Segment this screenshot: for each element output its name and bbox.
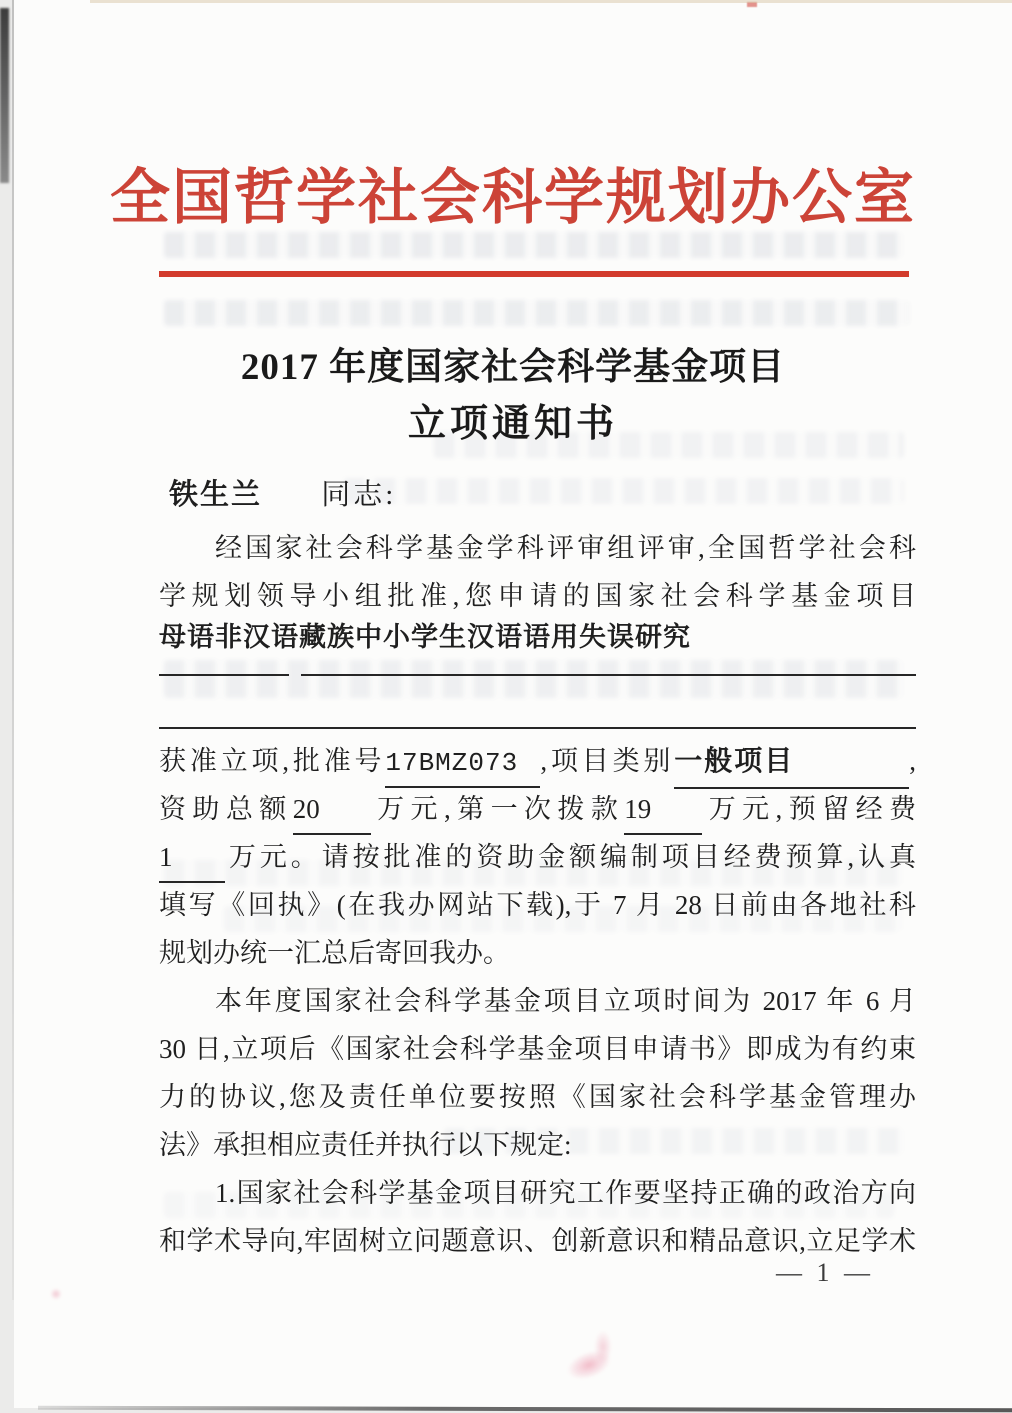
reserved-amount: 1 <box>159 842 173 873</box>
blank-underline-row-2 <box>159 724 916 729</box>
funding-suffix: 万元,预留经费 <box>702 794 916 824</box>
pink-mark-artifact <box>594 1330 612 1364</box>
doc-title-line2: 立项通知书 <box>14 392 1012 447</box>
funding-prefix: 资助总额 <box>159 794 293 824</box>
pink-mark-artifact <box>50 1288 62 1300</box>
underline-segment <box>159 671 289 676</box>
approval-number-blank: 17BMZ073 <box>385 754 540 788</box>
recipient-name: 铁生兰 <box>169 479 262 511</box>
body-line-9: 本年度国家社会科学基金项目立项时间为 2017 年 6 月 <box>159 977 916 1025</box>
approval-prefix: 获准立项,批准号 <box>159 746 385 776</box>
header-rule <box>159 271 909 277</box>
approval-number: 17BMZ073 <box>385 748 518 778</box>
bleedthrough-artifact <box>164 300 909 326</box>
project-category: 一般项目 <box>674 739 794 779</box>
letter-body: 经国家社会科学基金学科评审组评审,全国哲学社会科 学规划领导小组批准,您申请的国… <box>159 524 916 1265</box>
funding-total-blank: 20 <box>293 802 371 835</box>
category-suffix: , <box>909 746 916 776</box>
scanned-page: 全国哲学社会科学规划办公室 2017 年度国家社会科学基金项目 立项通知书 铁生… <box>0 0 1012 1413</box>
org-header: 全国哲学社会科学规划办公室 <box>14 150 1012 236</box>
funding-total: 20 <box>293 794 320 825</box>
intro-line-2: 学规划领导小组批准,您申请的国家社会科学基金项目 <box>159 572 916 620</box>
doc-title-line1: 2017 年度国家社会科学基金项目 <box>14 336 1012 390</box>
body-line-7: 填写《回执》(在我办网站下载),于 7 月 28 日前由各地社科 <box>159 881 916 929</box>
first-payment-blank: 19 <box>624 802 702 835</box>
funding-line: 资助总额20万元,第一次拨款19万元,预留经费 <box>159 785 916 833</box>
funding-mid: 万元,第一次拨款 <box>371 794 625 824</box>
body-line-11: 力的协议,您及责任单位要按照《国家社会科学基金管理办 <box>159 1073 916 1121</box>
reserved-line: 1万元。请按批准的资助金额编制项目经费预算,认真 <box>159 833 916 881</box>
blank-underline-row-1 <box>159 671 916 674</box>
reserved-suffix: 万元。请按批准的资助金额编制项目经费预算,认真 <box>225 842 916 872</box>
paper-top-edge <box>90 0 1012 3</box>
body-line-8: 规划办统一汇总后寄回我办。 <box>159 929 916 977</box>
reserved-amount-blank: 1 <box>159 850 225 883</box>
paper-left-edge <box>12 0 14 1300</box>
paper-sheet: 全国哲学社会科学规划办公室 2017 年度国家社会科学基金项目 立项通知书 铁生… <box>14 0 1012 1408</box>
intro-line-1: 经国家社会科学基金学科评审组评审,全国哲学社会科 <box>159 524 916 572</box>
approval-line: 获准立项,批准号17BMZ073,项目类别一般项目, <box>159 737 916 785</box>
project-title: 母语非汉语藏族中小学生汉语语用失误研究 <box>159 620 916 654</box>
page-number: — 1 — <box>776 1258 874 1288</box>
body-line-13: 1.国家社会科学基金项目研究工作要坚持正确的政治方向 <box>159 1169 916 1217</box>
category-label: ,项目类别 <box>540 746 674 776</box>
bleedthrough-artifact <box>344 478 904 504</box>
body-line-10: 30 日,立项后《国家社会科学基金项目申请书》即成为有约束 <box>159 1025 916 1073</box>
project-category-blank: 一般项目 <box>674 747 909 789</box>
body-line-12: 法》承担相应责任并执行以下规定: <box>159 1121 916 1169</box>
scanner-edge-shadow <box>0 8 9 183</box>
first-payment: 19 <box>624 794 651 825</box>
underline-segment <box>301 671 916 676</box>
salutation: 铁生兰 同志: <box>169 472 396 513</box>
recipient-suffix: 同志: <box>321 479 396 511</box>
